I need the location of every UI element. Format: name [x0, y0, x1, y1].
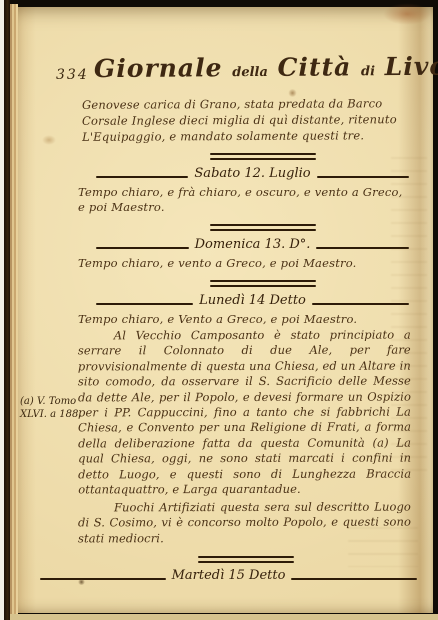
page-stack-edges [10, 4, 18, 616]
intro-paragraph: Genovese carica di Grano, stata predata … [82, 95, 409, 145]
weather-entry: Tempo chiaro, e vento a Greco, e poi Mae… [78, 256, 409, 271]
rule-line [291, 578, 417, 580]
weather-entry: Tempo chiaro, e Vento a Greco, e poi Mae… [78, 312, 409, 327]
ink-stain [383, 3, 431, 25]
section-divider [210, 224, 316, 231]
heading-text: Domenica 13. D°. [189, 236, 317, 253]
fuochi-paragraph: Fuochi Artifiziati questa sera sul descr… [78, 500, 411, 547]
section-heading-martedi-15: Martedì 15 Detto [40, 565, 417, 584]
margin-note-line: XLVI. a 188. [20, 408, 80, 421]
section-divider [210, 280, 316, 287]
rule-line [96, 247, 189, 249]
weather-entry: Tempo chiaro, e frà chiaro, e oscuro, e … [78, 185, 409, 215]
ink-stain [42, 135, 56, 145]
underlying-page-edge [10, 614, 438, 620]
rule-line [312, 303, 409, 305]
manuscript-page: 334 Giornale della Città di Livorno Geno… [18, 7, 433, 613]
rule-line [96, 176, 188, 178]
title-word: Giornale [94, 53, 223, 83]
rule-line [317, 176, 409, 178]
title-word: della [232, 65, 268, 80]
title-word: di [361, 64, 375, 79]
title-word: Città [277, 52, 351, 82]
section-heading-lunedi-14: Lunedì 14 Detto [96, 290, 409, 309]
margin-note-line: (a) V. Tomo [20, 395, 80, 408]
heading-text: Martedì 15 Detto [166, 567, 292, 584]
manuscript-scan: 334 Giornale della Città di Livorno Geno… [0, 0, 438, 620]
title-word: Livorno [385, 51, 438, 81]
rule-line [316, 247, 409, 249]
heading-text: Sabato 12. Luglio [188, 165, 316, 182]
section-divider [198, 556, 294, 563]
section-heading-sabato-12-luglio: Sabato 12. Luglio [96, 163, 409, 182]
camposanto-paragraph: Al Vecchio Camposanto è stato principiat… [78, 328, 411, 498]
section-divider [210, 153, 316, 160]
heading-text: Lunedì 14 Detto [193, 292, 312, 309]
section-heading-domenica-13: Domenica 13. D°. [96, 234, 409, 253]
rule-line [96, 303, 193, 305]
rule-line [40, 578, 166, 580]
page-number: 334 [56, 67, 89, 83]
margin-reference-note: (a) V. Tomo XLVI. a 188. [20, 395, 80, 421]
page-title: Giornale della Città di Livorno [94, 48, 421, 93]
